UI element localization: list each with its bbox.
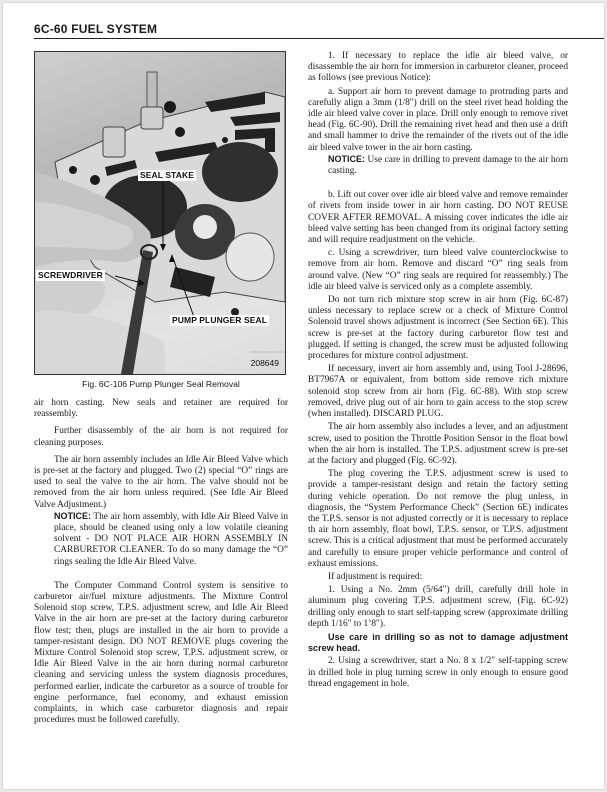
figure-caption: Fig. 6C-106 Pump Plunger Seal Removal <box>34 379 288 389</box>
paragraph-lever-tps: The air horn assembly also includes a le… <box>308 422 568 467</box>
left-column: SEAL STAKE SCREWDRIVER PUMP PLUNGER SEAL… <box>34 51 288 726</box>
page-title: 6C-60 FUEL SYSTEM <box>34 22 157 36</box>
step-1: 1. If necessary to replace the idle air … <box>308 51 568 85</box>
notice-drilling: NOTICE: Use care in drilling to prevent … <box>328 154 568 177</box>
manual-page: 6C-60 FUEL SYSTEM <box>3 3 604 789</box>
step-1b: b. Lift out cover over idle air bleed va… <box>308 190 568 246</box>
paragraph-invert-air-horn: If necessary, invert air horn assembly a… <box>308 364 568 420</box>
paragraph-rich-mixture-stop-screw: Do not turn rich mixture stop screw in a… <box>308 295 568 362</box>
paragraph-tps-plug: The plug covering the T.P.S. adjustment … <box>308 469 568 570</box>
notice-cleaning: NOTICE: The air horn assembly, with Idle… <box>54 511 288 568</box>
paragraph-seals: air horn casting. New seals and retainer… <box>34 398 288 420</box>
adjustment-step-1: 1. Using a No. 2mm (5/64″) drill, carefu… <box>308 585 568 630</box>
callout-seal-stake: SEAL STAKE <box>138 170 196 181</box>
paragraph-computer-command-control: The Computer Command Control system is s… <box>34 581 288 727</box>
figure-pump-plunger-seal: SEAL STAKE SCREWDRIVER PUMP PLUNGER SEAL… <box>34 51 286 375</box>
notice-label: NOTICE: <box>328 154 365 164</box>
right-column: 1. If necessary to replace the idle air … <box>308 51 568 690</box>
paragraph-if-adjustment: If adjustment is required: <box>308 572 568 583</box>
figure-number: 208649 <box>251 358 279 368</box>
page-header: 6C-60 FUEL SYSTEM <box>34 25 604 39</box>
paragraph-further-disassembly: Further disassembly of the air horn is n… <box>34 426 288 448</box>
callout-screwdriver: SCREWDRIVER <box>36 270 105 281</box>
callout-pump-plunger-seal: PUMP PLUNGER SEAL <box>170 315 269 326</box>
notice-label: NOTICE: <box>54 511 91 521</box>
adjustment-step-2: 2. Using a screwdriver, start a No. 8 x … <box>308 656 568 690</box>
step-1a: a. Support air horn to prevent damage to… <box>308 87 568 154</box>
caution-drilling: Use care in drilling so as not to damage… <box>308 632 568 654</box>
step-1c: c. Using a screwdriver, turn bleed valve… <box>308 248 568 293</box>
paragraph-idle-air-bleed-valve: The air horn assembly includes an Idle A… <box>34 455 288 511</box>
